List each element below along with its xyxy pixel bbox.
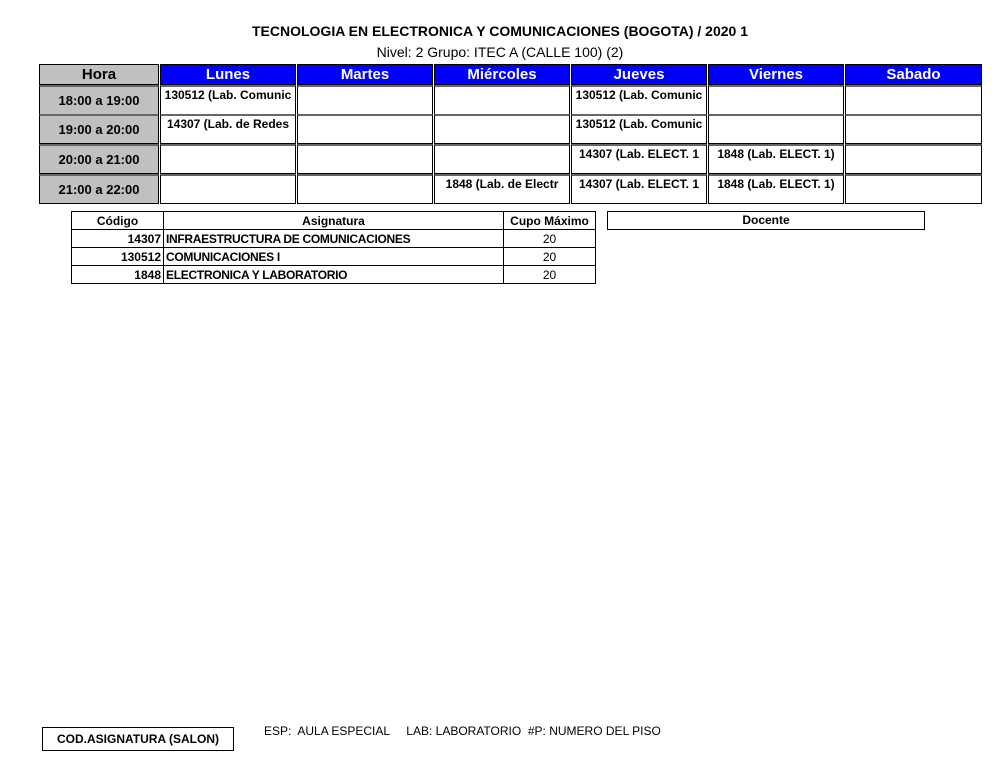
hora-cell: 20:00 a 21:00	[39, 144, 159, 174]
hora-cell: 21:00 a 22:00	[39, 174, 159, 204]
schedule-slot: 14307 (Lab. ELECT. 1	[571, 144, 707, 174]
subject-cupo: 20	[504, 230, 596, 248]
schedule-slot	[845, 174, 982, 204]
schedule-slot	[708, 114, 844, 144]
schedule-slot	[160, 174, 296, 204]
subjects-table: Código Asignatura Cupo Máximo 14307 INFR…	[71, 211, 596, 284]
subjects-header-row: Código Asignatura Cupo Máximo	[72, 212, 596, 230]
schedule-slot: 130512 (Lab. Comunic	[160, 85, 296, 115]
subject-code: 130512	[72, 248, 164, 266]
schedule-slot	[434, 114, 570, 144]
schedule-slot	[845, 114, 982, 144]
day-header-1: Martes	[297, 64, 433, 85]
schedule-slot	[297, 85, 433, 115]
hora-cell: 18:00 a 19:00	[39, 85, 159, 115]
schedule-slot: 14307 (Lab. ELECT. 1	[571, 174, 707, 204]
schedule-slot	[434, 85, 570, 115]
table-row: 130512 COMUNICACIONES I 20	[72, 248, 596, 266]
subject-code: 14307	[72, 230, 164, 248]
header-cupo: Cupo Máximo	[504, 212, 596, 230]
page-subtitle: Nivel: 2 Grupo: ITEC A (CALLE 100) (2)	[0, 44, 1000, 60]
subject-cupo: 20	[504, 266, 596, 284]
subject-code: 1848	[72, 266, 164, 284]
schedule-slot	[297, 174, 433, 204]
header-docente: Docente	[607, 211, 925, 230]
hora-header: Hora	[39, 64, 159, 85]
schedule-slot	[845, 144, 982, 174]
legend-text: ESP: AULA ESPECIAL LAB: LABORATORIO #P: …	[264, 724, 661, 738]
subject-name: ELECTRONICA Y LABORATORIO	[164, 266, 504, 284]
day-header-5: Sabado	[845, 64, 982, 85]
schedule-slot	[160, 144, 296, 174]
schedule-slot	[434, 144, 570, 174]
schedule-slot: 1848 (Lab. ELECT. 1)	[708, 174, 844, 204]
hora-cell: 19:00 a 20:00	[39, 114, 159, 144]
schedule-slot: 130512 (Lab. Comunic	[571, 85, 707, 115]
schedule-slot: 1848 (Lab. ELECT. 1)	[708, 144, 844, 174]
subject-cupo: 20	[504, 248, 596, 266]
day-header-3: Jueves	[571, 64, 707, 85]
table-row: 1848 ELECTRONICA Y LABORATORIO 20	[72, 266, 596, 284]
subject-name: INFRAESTRUCTURA DE COMUNICACIONES	[164, 230, 504, 248]
schedule-slot	[845, 85, 982, 115]
schedule-slot	[708, 85, 844, 115]
legend-box: COD.ASIGNATURA (SALON)	[42, 727, 234, 751]
page-title: TECNOLOGIA EN ELECTRONICA Y COMUNICACION…	[0, 23, 1000, 39]
schedule-slot	[297, 144, 433, 174]
day-header-2: Miércoles	[434, 64, 570, 85]
day-header-0: Lunes	[160, 64, 296, 85]
subject-name: COMUNICACIONES I	[164, 248, 504, 266]
table-row: 14307 INFRAESTRUCTURA DE COMUNICACIONES …	[72, 230, 596, 248]
header-asignatura: Asignatura	[164, 212, 504, 230]
schedule-slot	[297, 114, 433, 144]
schedule-slot: 1848 (Lab. de Electr	[434, 174, 570, 204]
header-codigo: Código	[72, 212, 164, 230]
schedule-slot: 130512 (Lab. Comunic	[571, 114, 707, 144]
day-header-4: Viernes	[708, 64, 844, 85]
schedule-slot: 14307 (Lab. de Redes	[160, 114, 296, 144]
